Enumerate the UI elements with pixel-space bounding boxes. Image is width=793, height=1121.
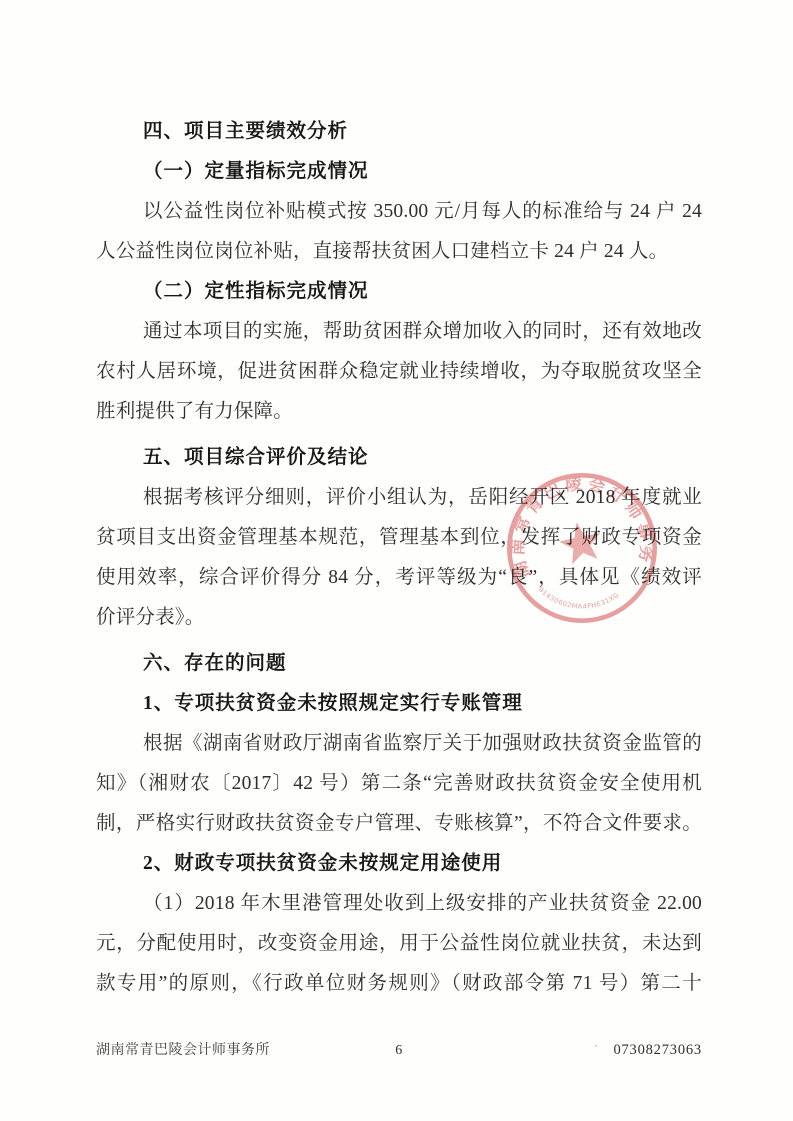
paragraph-line: 价评分表》。 (96, 598, 702, 638)
paragraph-line: 款专用”的原则，《行政单位财务规则》（财政部令第 71 号）第二十 (96, 964, 702, 1004)
heading-line: 1、专项扶贫资金未按照规定实行专账管理 (96, 684, 702, 724)
paragraph-line: 人公益性岗位岗位补贴，直接帮扶贫困人口建档立卡 24 户 24 人。 (96, 232, 702, 272)
paragraph-line: （1）2018 年木里港管理处收到上级安排的产业扶贫资金 22.00 万 (96, 884, 702, 924)
document-page: 四、项目主要绩效分析（一）定量指标完成情况以公益性岗位补贴模式按 350.00 … (0, 0, 793, 1121)
document-content: 四、项目主要绩效分析（一）定量指标完成情况以公益性岗位补贴模式按 350.00 … (96, 106, 702, 1004)
heading-line: 六、存在的问题 (96, 644, 702, 684)
footer-firm-name: 湖南常青巴陵会计师事务所 (96, 1039, 369, 1059)
footer-phone-number: 07308273063 (613, 1042, 702, 1058)
footer-contact: ·07308273063 (429, 1041, 702, 1059)
page-footer: 湖南常青巴陵会计师事务所 6 ·07308273063 (96, 1039, 702, 1059)
heading-line: （一）定量指标完成情况 (96, 152, 702, 192)
paragraph-line: 胜利提供了有力保障。 (96, 392, 702, 432)
heading-line: 四、项目主要绩效分析 (96, 112, 702, 152)
paragraph-line: 根据《湖南省财政厅湖南省监察厅关于加强财政扶贫资金监管的通 (96, 724, 702, 764)
footer-tick-mark: · (595, 1041, 599, 1051)
heading-line: 五、项目综合评价及结论 (96, 438, 702, 478)
heading-line: （二）定性指标完成情况 (96, 272, 702, 312)
paragraph-line: 以公益性岗位补贴模式按 350.00 元/月每人的标准给与 24 户 24 (96, 192, 702, 232)
paragraph-line: 根据考核评分细则，评价小组认为，岳阳经开区 2018 年度就业扶 (96, 478, 702, 518)
paragraph-line: 元，分配使用时，改变资金用途，用于公益性岗位就业扶贫，未达到“专 (96, 924, 702, 964)
paragraph-line: 制，严格实行财政扶贫资金专户管理、专账核算”，不符合文件要求。 (96, 804, 702, 844)
paragraph-line: 贫项目支出资金管理基本规范，管理基本到位，发挥了财政专项资金的 (96, 518, 702, 558)
footer-page-number: 6 (369, 1043, 429, 1059)
paragraph-line: 知》（湘财农〔2017〕42 号）第二条“完善财政扶贫资金安全使用机 (96, 764, 702, 804)
paragraph-line: 使用效率，综合评价得分 84 分，考评等级为“良”，具体见《绩效评 (96, 558, 702, 598)
heading-line: 2、财政专项扶贫资金未按规定用途使用 (96, 844, 702, 884)
paragraph-line: 通过本项目的实施，帮助贫困群众增加收入的同时，还有效地改善 (96, 312, 702, 352)
paragraph-line: 农村人居环境，促进贫困群众稳定就业持续增收，为夺取脱贫攻坚全面 (96, 352, 702, 392)
